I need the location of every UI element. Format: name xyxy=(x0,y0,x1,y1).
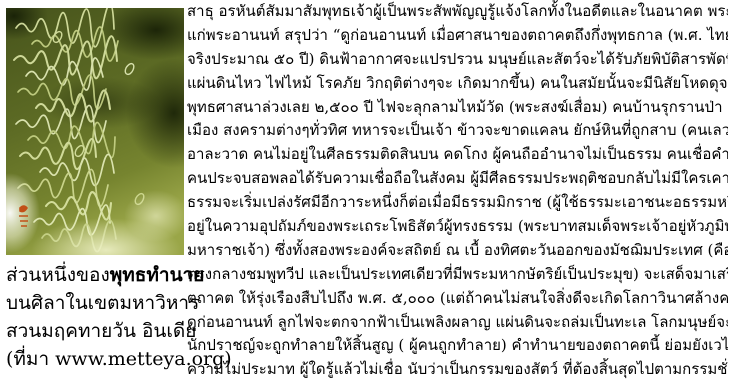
article-text-line: นักปราชญ์จะถูกทำลายให้สิ้นสูญ ( ผู้คนถูก… xyxy=(187,334,728,358)
article-text-line: ธรรมจะเริ่มเปล่งรัศมีอีกวาระหนึ่งก็ต่อเม… xyxy=(187,191,728,215)
article-text-line: ตถาคต ให้รุ่งเรืองสืบไปถึง พ.ศ. ๕,๐๐๐ (แ… xyxy=(187,287,728,311)
article-text-line: พุทธศาสนาล่วงเลย ๒,๕๐๐ ปี ไฟจะลุกลามไหม้… xyxy=(187,96,728,120)
photo-caption: ส่วนหนึ่งของพุทธทำนาย บนศิลาในเขตมหาวิหา… xyxy=(6,261,186,373)
article-text-line: แผ่นดินไหว ไฟไหม้ โรคภัย วิกฤติต่างๆจะ เ… xyxy=(187,72,728,96)
article-text-block: สาธุ อรหันต์สัมมาสัมพุทธเจ้าผู้เป็นพระสั… xyxy=(187,0,728,383)
caption-line-1-prefix: ส่วนหนึ่งของ xyxy=(6,264,110,286)
article-text-line: มหาราชเจ้า) ซึ่งทั้งสองพระองค์จะสถิตย์ ณ… xyxy=(187,239,728,263)
article-text-line: ดูก่อนอานนท์ ลูกไฟจะตกจากฟ้าเป็นเพลิงผลา… xyxy=(187,311,728,335)
caption-line-4: (ที่มา www.metteya.org) xyxy=(6,345,186,373)
article-text-line: แก่พระอานนท์ สรุปว่า “ดูก่อนอานนท์ เมื่อ… xyxy=(187,24,728,48)
article-text-line: อาละวาด คนไม่อยู่ในศีลธรรมติดสินบน คดโกง… xyxy=(187,143,728,167)
article-text-line: สาธุ อรหันต์สัมมาสัมพุทธเจ้าผู้เป็นพระสั… xyxy=(187,0,728,24)
article-text-line: ตรงกลางชมพูทวีป และเป็นประเทศเดียวที่มีพ… xyxy=(187,263,728,287)
article-text-line: จริงประมาณ ๕๐ ปี) ดินฟ้าอากาศจะแปรปรวน ม… xyxy=(187,48,728,72)
inscription-photo xyxy=(6,8,184,255)
article-text-line: คนประจบสอพลอได้รับความเชื่อถือในสังคม ผู… xyxy=(187,167,728,191)
article-text-line: ความไม่ประมาท ผู้ใดรู้แล้วไม่เชื่อ นับว่… xyxy=(187,358,728,382)
page: ส่วนหนึ่งของพุทธทำนาย บนศิลาในเขตมหาวิหา… xyxy=(0,0,730,383)
article-text-line: อยู่ในความอุปถัมภ์ของพระเถระโพธิสัตว์ผู้… xyxy=(187,215,728,239)
caption-line-3: สวนมฤคทายวัน อินเดีย xyxy=(6,317,186,345)
left-column: ส่วนหนึ่งของพุทธทำนาย บนศิลาในเขตมหาวิหา… xyxy=(6,8,186,373)
article-text-line: เมือง สงครามต่างๆทั่วทิศ ทหารจะเป็นเจ้า … xyxy=(187,119,728,143)
caption-line-1: ส่วนหนึ่งของพุทธทำนาย xyxy=(6,261,186,289)
caption-line-2: บนศิลาในเขตมหาวิหาร xyxy=(6,289,186,317)
